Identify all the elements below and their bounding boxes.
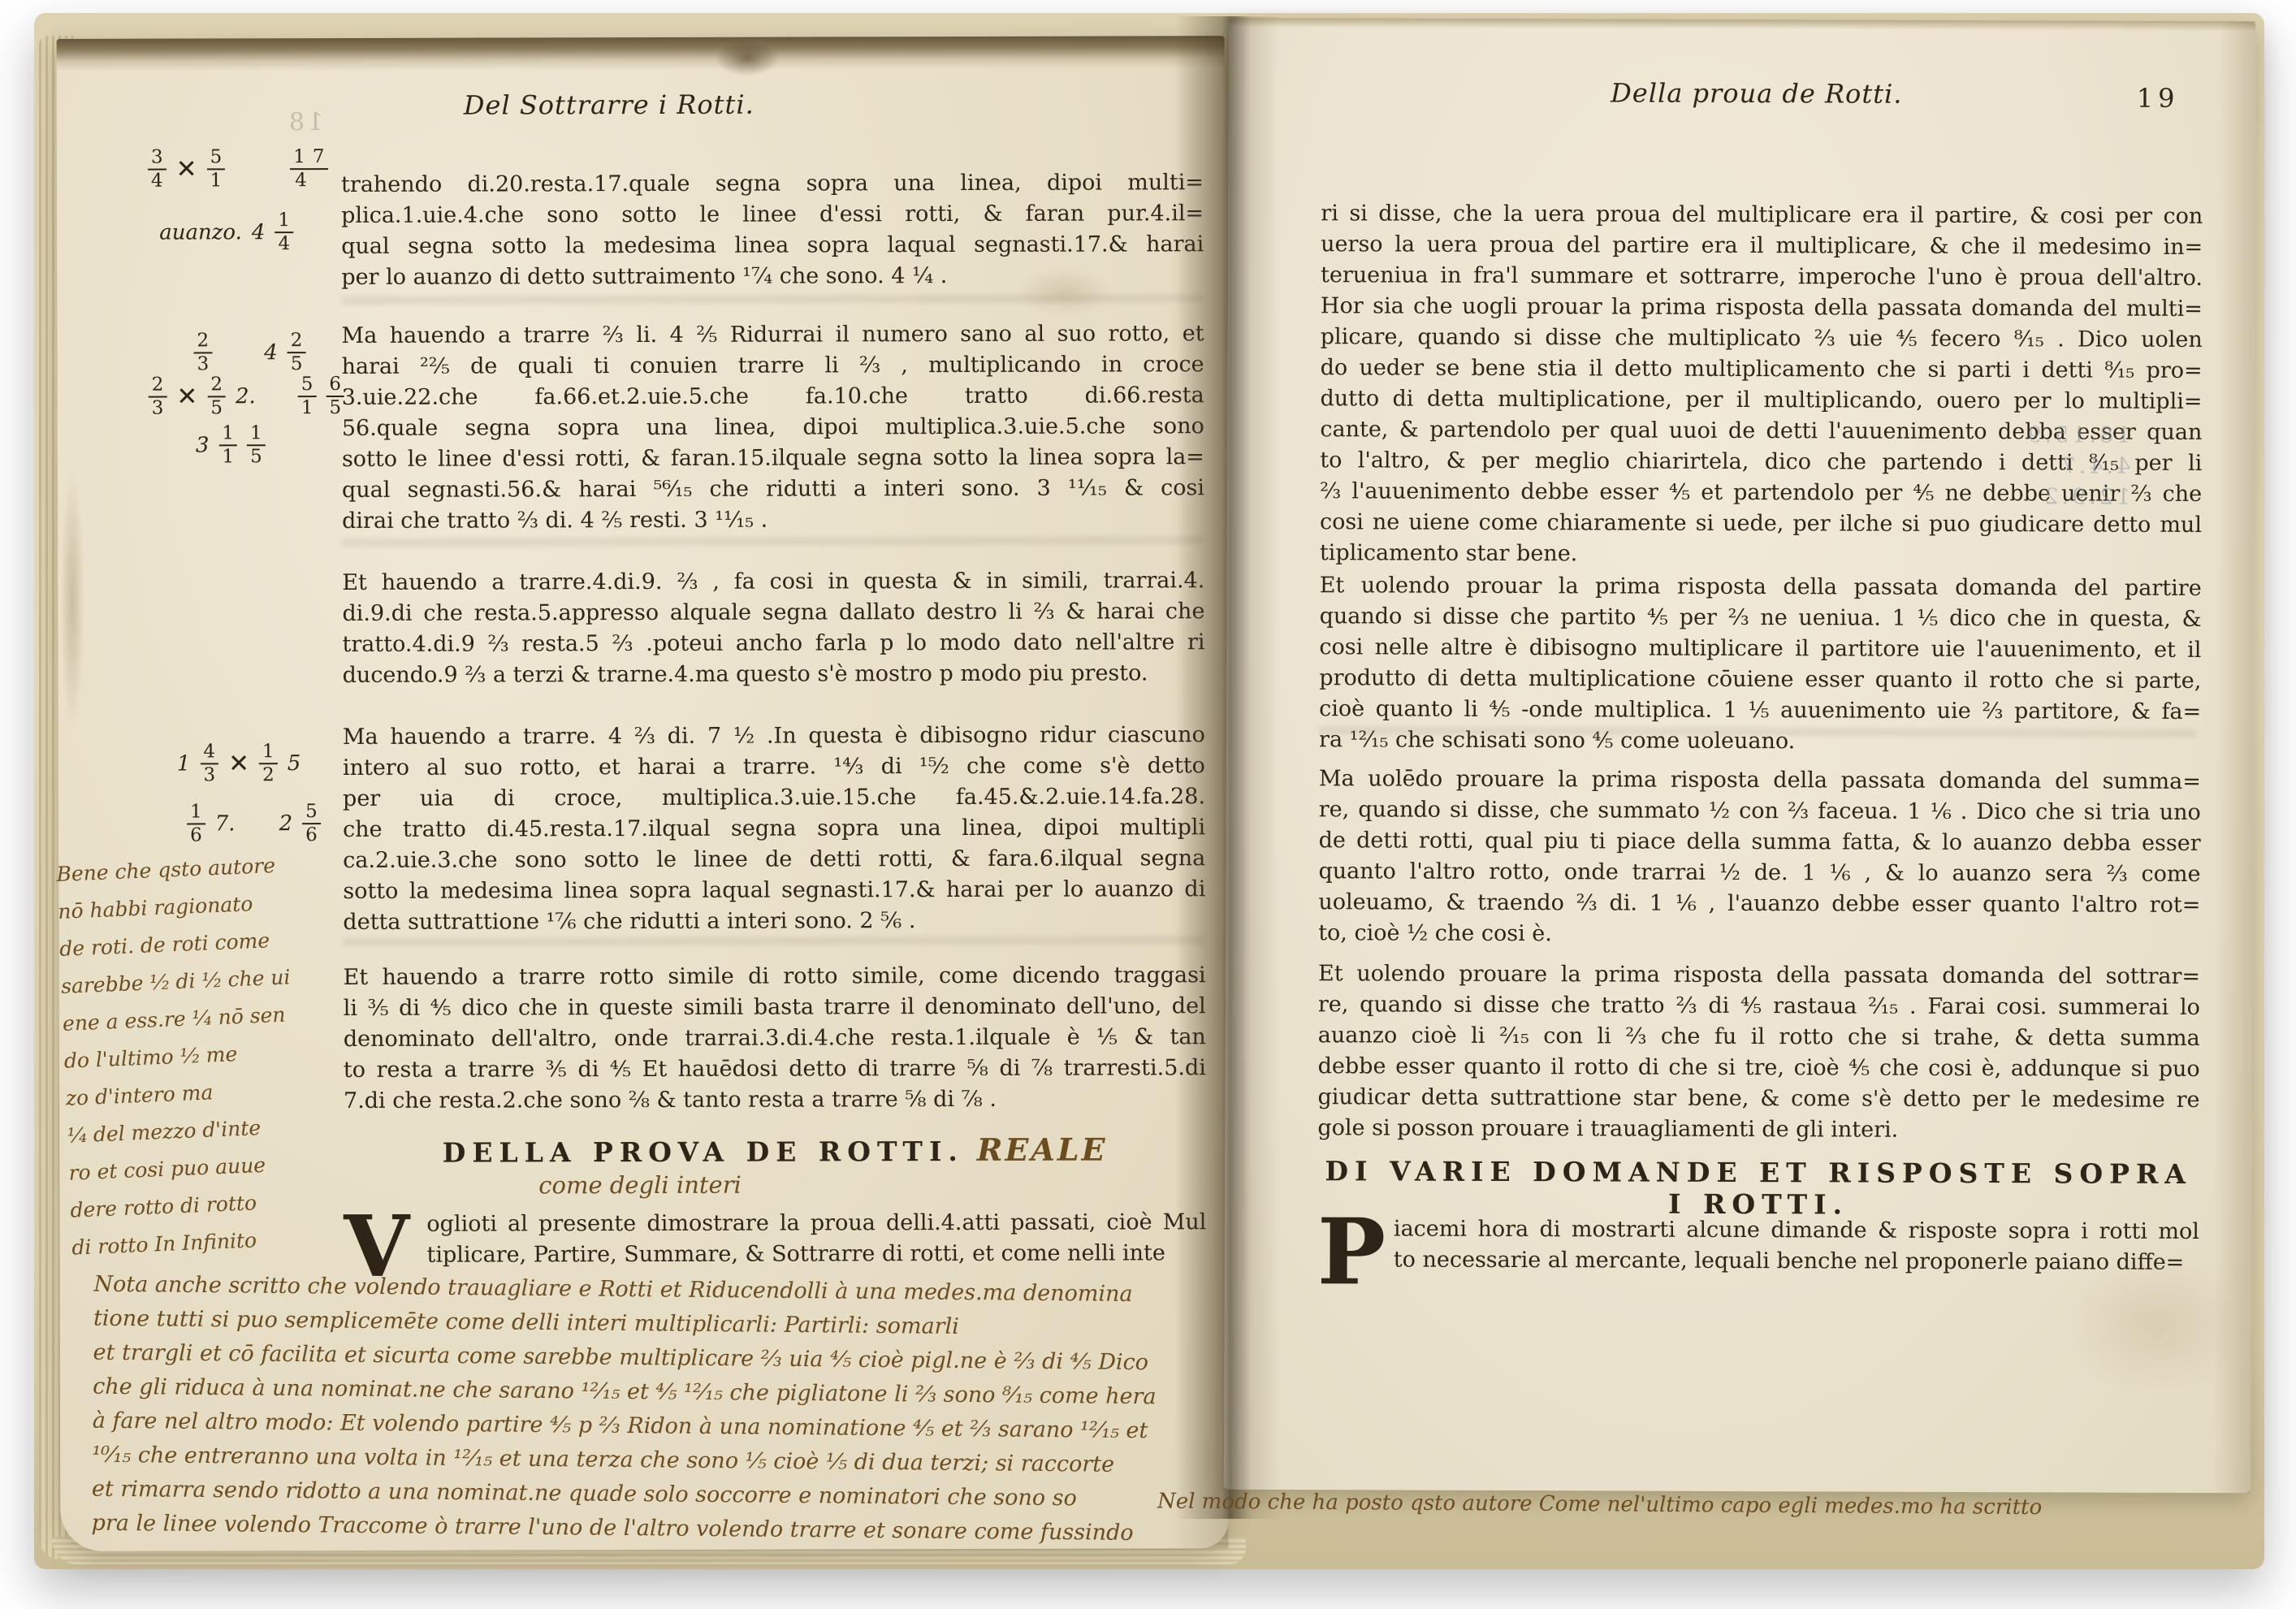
- margin-example: 23✕252.5165: [149, 374, 344, 419]
- text-line: tiplicare, Partire, Summare, & Sottrarre…: [426, 1238, 1206, 1271]
- text-line: 18.15.9: [2000, 420, 2130, 452]
- text-line: auanzo cioè li ²⁄₁₅ con li ²⁄₃ che fu il…: [1318, 1020, 2200, 1054]
- margin-example: 31115: [196, 423, 266, 467]
- paragraph: Ma hauendo a trarre ²⁄₃ li. 4 ²⁄₅ Ridurr…: [341, 318, 1204, 537]
- fraction: 51: [207, 147, 226, 191]
- showthrough-band: [342, 536, 1203, 563]
- text-line: do ueder se bene stia il detto multiplic…: [1321, 353, 2203, 387]
- text-line: sotto la medesima linea sopra laqual seg…: [343, 874, 1205, 907]
- margin-text: 3: [196, 433, 210, 457]
- text-line: Ma hauendo a trarre ²⁄₃ li. 4 ²⁄₅ Ridurr…: [341, 318, 1204, 352]
- text-line: to necessarie al mercante, lequali bench…: [1394, 1245, 2199, 1278]
- page-number: 19: [2137, 83, 2180, 114]
- margin-example: auanzo.414: [159, 210, 293, 254]
- margin-text: 5: [288, 751, 301, 776]
- text-line: giudicar detta suttrattione star bene, &…: [1317, 1082, 2199, 1116]
- margin-text: auanzo.: [159, 220, 242, 244]
- text-line: Hor sia che uogli prouar la prima rispos…: [1321, 291, 2203, 325]
- section-heading-right: DI VARIE DOMANDE ET RISPOSTE SOPRA I ROT…: [1317, 1155, 2199, 1222]
- fraction: 25: [288, 331, 306, 374]
- showthrough-band: [1319, 726, 2196, 749]
- section-heading-left: DELLA PROVA DE ROTTI.REALE: [344, 1131, 1206, 1170]
- fraction: 51: [298, 374, 317, 418]
- text-line: gole si posson prouare i trauagliamenti …: [1317, 1113, 2199, 1147]
- dropcap-paragraph: V oglioti al presente dimostrare la prou…: [344, 1207, 1206, 1271]
- margin-text: 1: [177, 751, 191, 776]
- text-line: cosi nelle altre è dibisogno multiplicar…: [1319, 632, 2201, 666]
- paragraph: trahendo di.20.resta.17.quale segna sopr…: [341, 167, 1204, 293]
- fraction: 34: [148, 148, 166, 192]
- paragraph: iacemi hora di mostrarti alcune dimande …: [1394, 1214, 2199, 1278]
- text-line: de detti rotti, qual piu ti piace della …: [1319, 825, 2201, 859]
- text-line: qual segna sotto la medesima linea sopra…: [341, 229, 1204, 262]
- text-line: detta suttrattione ¹⁷⁄₆ che ridutti a in…: [343, 905, 1205, 938]
- text-line: Et uolendo prouare la prima risposta del…: [1318, 958, 2200, 993]
- cross-multiply-icon: ✕: [228, 749, 249, 778]
- paragraph: Et uolendo prouare la prima risposta del…: [1317, 958, 2200, 1147]
- fraction: 16: [187, 802, 205, 846]
- paragraph: Et hauendo a trarre rotto simile di rott…: [344, 960, 1206, 1117]
- fraction: 23: [194, 331, 213, 374]
- text-line: dirai che tratto ²⁄₃ di. 4 ²⁄₅ resti. 3 …: [342, 504, 1204, 537]
- spacer: [245, 824, 270, 824]
- text-line: plicare, quando si disse che multiplicat…: [1321, 322, 2203, 356]
- text-line: che tratto di.45.resta.17.ilqual segna s…: [343, 812, 1205, 846]
- paragraph: oglioti al presente dimostrare la proua …: [426, 1207, 1206, 1271]
- cross-multiply-icon: ✕: [176, 154, 197, 184]
- spacer: [222, 353, 254, 353]
- cross-multiply-icon: ✕: [176, 382, 197, 411]
- text-line: per lo auanzo di detto suttraimento ¹⁷⁄₄…: [341, 260, 1204, 293]
- paragraph: ri si disse, che la uera proua del multi…: [1320, 198, 2203, 572]
- text-line: 3.uie.22.che fa.66.et.2.uie.5.che fa.10.…: [342, 380, 1204, 413]
- text-line: intero al suo rotto, et harai a trarre. …: [343, 750, 1205, 784]
- book-photo: Del Sottrarre i Rotti. 18 34✕51174 auanz…: [0, 0, 2296, 1609]
- text-line: Et hauendo a trarre.4.di.9. ²⁄₃ , fa cos…: [342, 565, 1204, 599]
- text-line: Ma uolēdo prouare la prima risposta dell…: [1319, 763, 2201, 798]
- text-line: sotto le linee d'essi rotti, & faran.15.…: [342, 442, 1204, 475]
- text-line: di.9.di che resta.5.appresso alquale seg…: [342, 596, 1204, 629]
- text-line: debbe esser quanto il rotto di che si tr…: [1318, 1051, 2200, 1085]
- marginalia-bottom: Nota anche scritto che volendo trauaglia…: [91, 1268, 1304, 1552]
- text-line: cioè quanto li ⁴⁄₅ -onde multiplica. 1 ¹…: [1319, 694, 2201, 728]
- text-line: quando si disse che partito ⁴⁄₅ per ²⁄₃ …: [1320, 601, 2202, 635]
- text-line: terueniua in fra'l summare et sottrarre,…: [1321, 260, 2203, 294]
- section-heading-text: DELLA PROVA DE ROTTI.: [443, 1135, 964, 1169]
- margin-text: 4: [264, 340, 278, 365]
- fraction: 15: [247, 423, 266, 467]
- showthrough-band: [343, 936, 1204, 958]
- running-header-right: Della proua de Rotti.: [1472, 77, 2041, 110]
- spacer: [266, 396, 288, 397]
- text-line: ducendo.9 ²⁄₃ a terzi & trarne.4.ma ques…: [343, 658, 1205, 691]
- text-line: to resta a trarre ³⁄₅ di ⁴⁄₅ Et hauēdosi…: [344, 1053, 1206, 1086]
- fraction: 14: [275, 210, 293, 254]
- handwritten-heading-annotation-2: come degli interi: [538, 1171, 742, 1200]
- text-line: uoleuamo, & traendo ²⁄₃ di. 1 ¹⁄₆ , l'au…: [1318, 887, 2200, 921]
- margin-example: 23425: [194, 331, 306, 374]
- margin-example: 167.256: [187, 802, 321, 846]
- text-line: li ³⁄₅ di ⁴⁄₅ dico che in queste simili …: [344, 991, 1206, 1024]
- margin-text: 2.: [236, 384, 256, 409]
- text-line: harai ²²⁄₅ de quali ti conuien trarre li…: [342, 349, 1204, 383]
- right-page: Della proua de Rotti. 19 ri si disse, ch…: [1224, 18, 2255, 1493]
- margin-text: 2: [279, 811, 293, 836]
- handwritten-heading-annotation: REALE: [977, 1131, 1108, 1168]
- showthrough-band: [341, 294, 1202, 318]
- paragraph: Et hauendo a trarre.4.di.9. ²⁄₃ , fa cos…: [342, 565, 1204, 691]
- text-line: to, cioè ¹⁄₂ che cosi è.: [1318, 918, 2200, 952]
- text-line: quanto l'altro rotto, onde trarrai ¹⁄₂ d…: [1318, 856, 2200, 890]
- text-line: Et uolendo prouar la prima risposta dell…: [1320, 570, 2202, 604]
- text-line: trahendo di.20.resta.17.quale segna sopr…: [341, 167, 1204, 201]
- paragraph: Ma hauendo a trarre. 4 ²⁄₃ di. 7 ¹⁄₂ .In…: [343, 720, 1206, 938]
- text-line: qual segnasti.56.& harai ⁵⁶⁄₁₅ che ridut…: [342, 473, 1204, 506]
- text-line: Ma hauendo a trarre. 4 ²⁄₃ di. 7 ¹⁄₂ .In…: [343, 720, 1205, 753]
- left-page: Del Sottrarre i Rotti. 18 34✕51174 auanz…: [57, 36, 1229, 1551]
- text-line: tiplicamento star bene.: [1320, 538, 2202, 572]
- text-line: re, quando si disse che tratto ²⁄₃ di ⁴⁄…: [1318, 989, 2200, 1023]
- spacer: [235, 169, 280, 170]
- paragraph: Ma uolēdo prouare la prima risposta dell…: [1318, 763, 2201, 952]
- fraction: 56: [302, 802, 321, 846]
- fraction: 174: [290, 147, 327, 191]
- fraction: 12: [259, 742, 278, 785]
- text-line: uerso la uera proua del partire era il m…: [1321, 229, 2203, 263]
- text-line: produtto di detta multiplicatione cōuien…: [1319, 663, 2201, 697]
- text-line: 7.di che resta.2.che sono ²⁄₈ & tanto re…: [344, 1083, 1206, 1117]
- text-line: ca.2.uie.3.che sono sotto le linee de de…: [343, 843, 1205, 876]
- text-line: plica.1.uie.4.che sono sotto le linee d'…: [341, 198, 1204, 231]
- text-line: dutto di detta multiplicatione, per il m…: [1320, 383, 2202, 417]
- text-line: Et hauendo a trarre rotto simile di rott…: [344, 960, 1206, 993]
- drop-cap: P: [1317, 1213, 1386, 1291]
- text-line: iacemi hora di mostrarti alcune dimande …: [1394, 1214, 2199, 1248]
- text-line: denominato dell'altro, onde trarrai.3.di…: [344, 1022, 1206, 1055]
- text-line: ri si disse, che la uera proua del multi…: [1321, 198, 2203, 232]
- margin-text: 4: [252, 220, 266, 244]
- text-line: tratto.4.di.9 ²⁄₃ resta.5 ²⁄₃ .poteui an…: [342, 627, 1204, 660]
- text-line: per uia di croce, multiplica.3.uie.15.ch…: [343, 781, 1205, 815]
- ghost-page-number: 18: [286, 108, 323, 136]
- fraction: 25: [207, 374, 226, 418]
- fraction: 23: [149, 375, 167, 419]
- text-line: oglioti al presente dimostrare la proua …: [426, 1207, 1206, 1240]
- margin-example: 143✕125: [177, 742, 301, 785]
- fraction: 43: [200, 742, 218, 785]
- text-line: 12.9.2: [2000, 482, 2130, 513]
- text-line: 56.quale segna sopra una linea, dipoi mu…: [342, 411, 1204, 444]
- margin-example: 34✕51174: [148, 147, 328, 192]
- margin-text: 7.: [215, 811, 236, 836]
- running-header-left: Del Sottrarre i Rotti.: [301, 89, 918, 121]
- fraction: 11: [218, 423, 237, 467]
- text-line: 4.4.7: [2000, 451, 2130, 482]
- ghost-margin-numbers: 18.15.94.4.712.9.2: [2000, 420, 2130, 513]
- marginalia-side: Bene che qsto autorenō habbi ragionatode…: [56, 846, 324, 1266]
- text-line: re, quando si disse, che summato ¹⁄₂ con…: [1319, 794, 2201, 828]
- dropcap-paragraph: P iacemi hora di mostrarti alcune dimand…: [1317, 1213, 2199, 1278]
